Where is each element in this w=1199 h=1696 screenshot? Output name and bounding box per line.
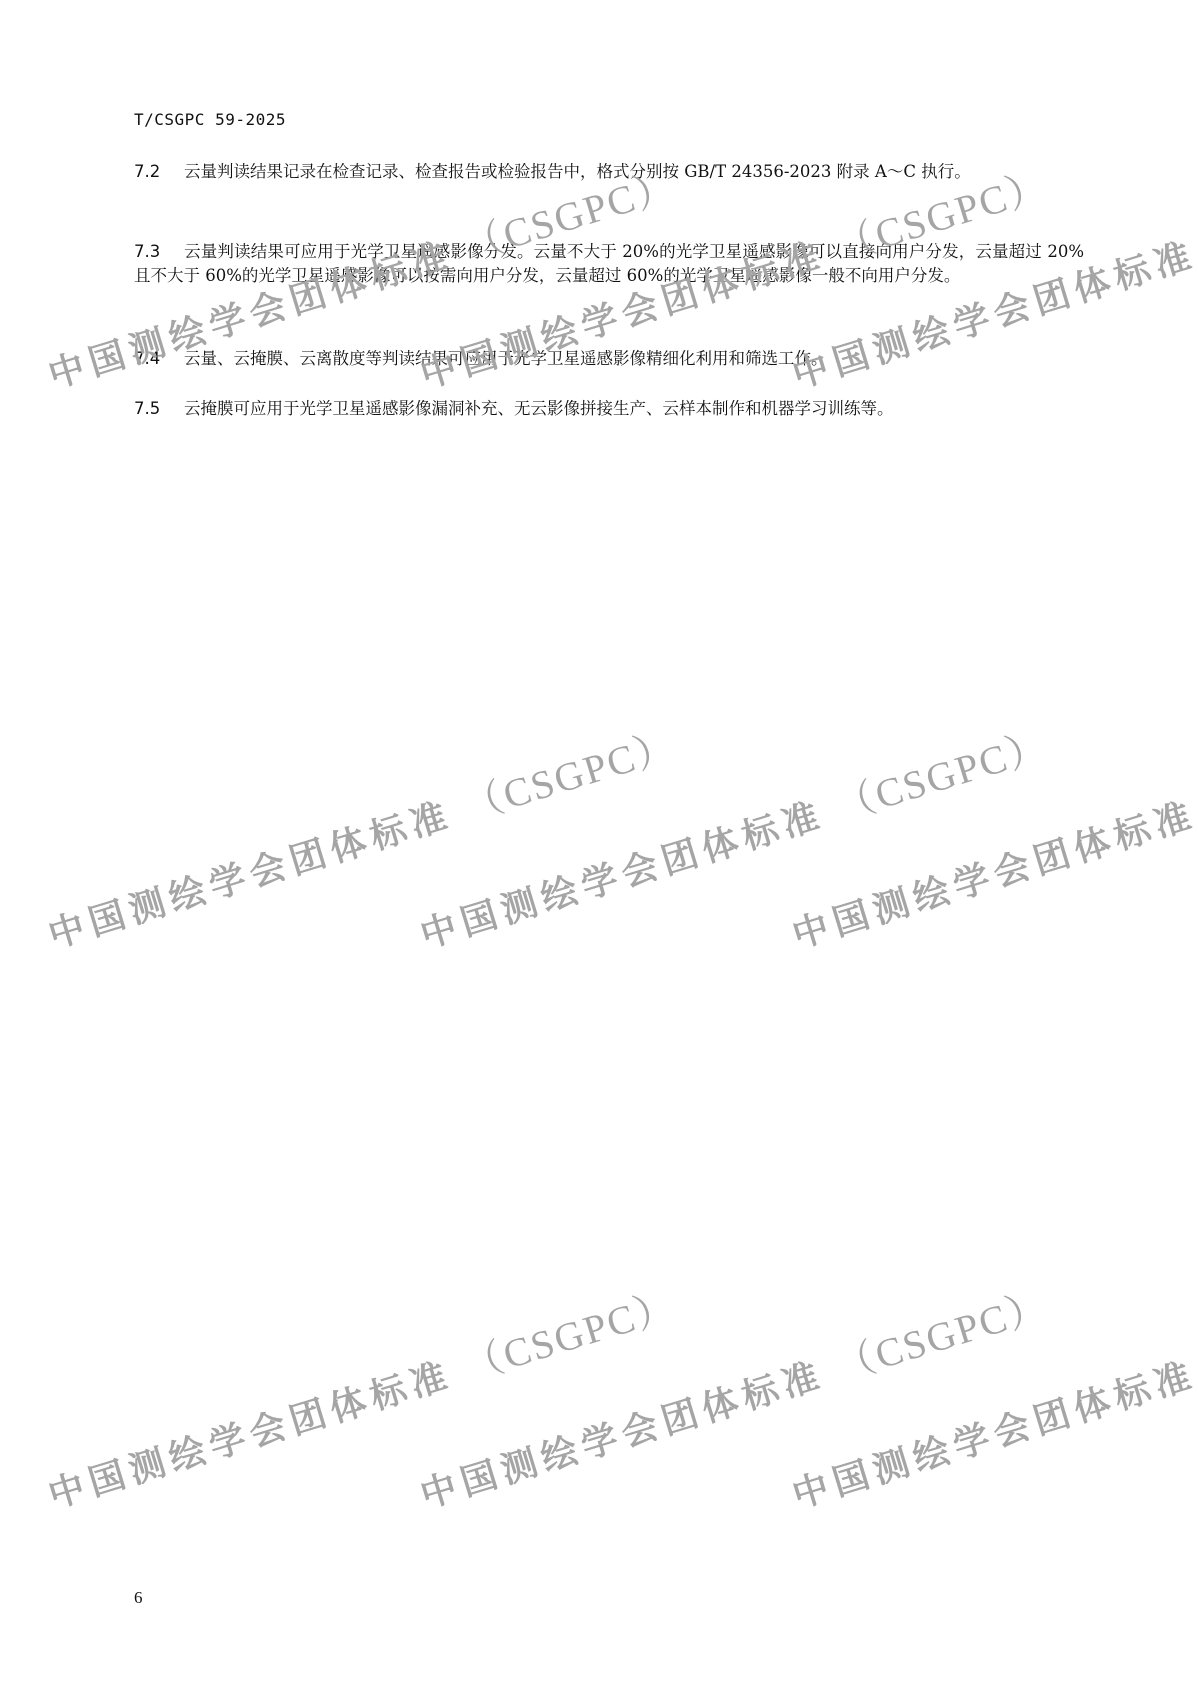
- clause-7-4: 7.4云量、云掩膜、云离散度等判读结果可应用于光学卫星遥感影像精细化利用和筛选工…: [134, 347, 1084, 371]
- watermark-text-en: （CSGPC）: [830, 722, 1054, 830]
- clause-text: 云量判读结果记录在检查记录、检查报告或检验报告中，格式分别按 GB/T 2435…: [184, 162, 971, 181]
- clause-text: 云掩膜可应用于光学卫星遥感影像漏洞补充、无云影像拼接生产、云样本制作和机器学习训…: [184, 399, 894, 418]
- watermark: 中国测绘学会团体标准（CSGPC）: [784, 1274, 1199, 1520]
- watermark-text-cn: 中国测绘学会团体标准: [788, 1355, 1199, 1517]
- clause-number: 7.3: [134, 240, 184, 264]
- watermark-text-cn: 中国测绘学会团体标准: [788, 795, 1199, 957]
- clause-number: 7.5: [134, 397, 184, 421]
- watermark-text-en: （CSGPC）: [830, 1282, 1054, 1390]
- watermark-text-en: （CSGPC）: [458, 1282, 682, 1390]
- watermark-text-cn: 中国测绘学会团体标准: [416, 795, 830, 957]
- clause-number: 7.2: [134, 160, 184, 184]
- watermark: 中国测绘学会团体标准（CSGPC）: [40, 1274, 683, 1520]
- clause-number: 7.4: [134, 347, 184, 371]
- watermark-text-cn: 中国测绘学会团体标准: [44, 795, 458, 957]
- watermark: 中国测绘学会团体标准（CSGPC）: [40, 714, 683, 960]
- watermark-text-cn: 中国测绘学会团体标准: [416, 1355, 830, 1517]
- standard-code-header: T/CSGPC 59-2025: [134, 110, 286, 129]
- watermark: 中国测绘学会团体标准（CSGPC）: [412, 714, 1055, 960]
- watermark: 中国测绘学会团体标准（CSGPC）: [412, 1274, 1055, 1520]
- clause-text: 云量判读结果可应用于光学卫星遥感影像分发。云量不大于 20%的光学卫星遥感影像可…: [134, 242, 1084, 285]
- clause-7-5: 7.5云掩膜可应用于光学卫星遥感影像漏洞补充、无云影像拼接生产、云样本制作和机器…: [134, 397, 1084, 421]
- watermark-text-en: （CSGPC）: [458, 722, 682, 830]
- clause-7-2: 7.2云量判读结果记录在检查记录、检查报告或检验报告中，格式分别按 GB/T 2…: [134, 160, 1084, 184]
- watermark-text-cn: 中国测绘学会团体标准: [44, 1355, 458, 1517]
- page-number: 6: [134, 1588, 143, 1608]
- clause-7-3: 7.3云量判读结果可应用于光学卫星遥感影像分发。云量不大于 20%的光学卫星遥感…: [134, 240, 1084, 288]
- watermark: 中国测绘学会团体标准（CSGPC）: [784, 714, 1199, 960]
- clause-text: 云量、云掩膜、云离散度等判读结果可应用于光学卫星遥感影像精细化利用和筛选工作。: [184, 349, 828, 368]
- document-page: T/CSGPC 59-2025 7.2云量判读结果记录在检查记录、检查报告或检验…: [0, 0, 1199, 1696]
